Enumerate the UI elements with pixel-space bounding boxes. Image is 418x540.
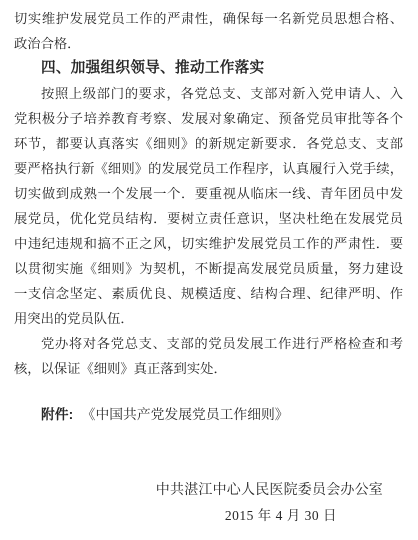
paragraph-1-line-8: 以贯彻实施《细则》为契机，不断提高发展党员质量，努力建设	[14, 256, 403, 281]
body-line-continued-1: 切实维护发展党员工作的严肃性，确保每一名新党员思想合格、	[14, 6, 403, 31]
paragraph-2-line-1: 党办将对各党总支、支部的党员发展工作进行严格检查和考	[14, 331, 403, 356]
paragraph-1-line-6: 展党员，优化党员结构．要树立责任意识，坚决杜绝在发展党员	[14, 206, 403, 231]
date-line: 2015 年 4 月 30 日	[14, 503, 403, 528]
attachment-label: 附件:	[41, 407, 73, 422]
paragraph-1-line-9: 一支信念坚定、素质优良、规模适度、结构合理、纪律严明、作	[14, 281, 403, 306]
signature-line: 中共湛江中心人民医院委员会办公室	[14, 478, 403, 503]
paragraph-1-line-7: 中违纪违规和搞不正之风，切实维护发展党员工作的严肃性．要	[14, 231, 403, 256]
attachment-line: 附件: 《中国共产党发展党员工作细则》	[14, 402, 403, 427]
paragraph-2-line-2: 核，以保证《细则》真正落到实处．	[14, 356, 403, 381]
paragraph-1-line-2: 党积极分子培养教育考察、发展对象确定、预备党员审批等各个	[14, 106, 403, 131]
attachment-title: 《中国共产党发展党员工作细则》	[82, 407, 289, 422]
body-line-continued-2: 政治合格．	[14, 31, 403, 56]
document-page: 切实维护发展党员工作的严肃性，确保每一名新党员思想合格、 政治合格． 四、加强组…	[0, 0, 418, 540]
paragraph-1-line-5: 切实做到成熟一个发展一个．要重视从临床一线、青年团员中发	[14, 181, 403, 206]
paragraph-1-line-1: 按照上级部门的要求，各党总支、支部对新入党申请人、入	[14, 81, 403, 106]
paragraph-1-line-4: 要严格执行新《细则》的发展党员工作程序，认真履行入党手续，	[14, 156, 403, 181]
section-heading-4: 四、加强组织领导、推动工作落实	[14, 56, 403, 81]
paragraph-1-line-3: 环节，都要认真落实《细则》的新规定新要求．各党总支、支部	[14, 131, 403, 156]
paragraph-1-line-10: 用突出的党员队伍．	[14, 306, 403, 331]
